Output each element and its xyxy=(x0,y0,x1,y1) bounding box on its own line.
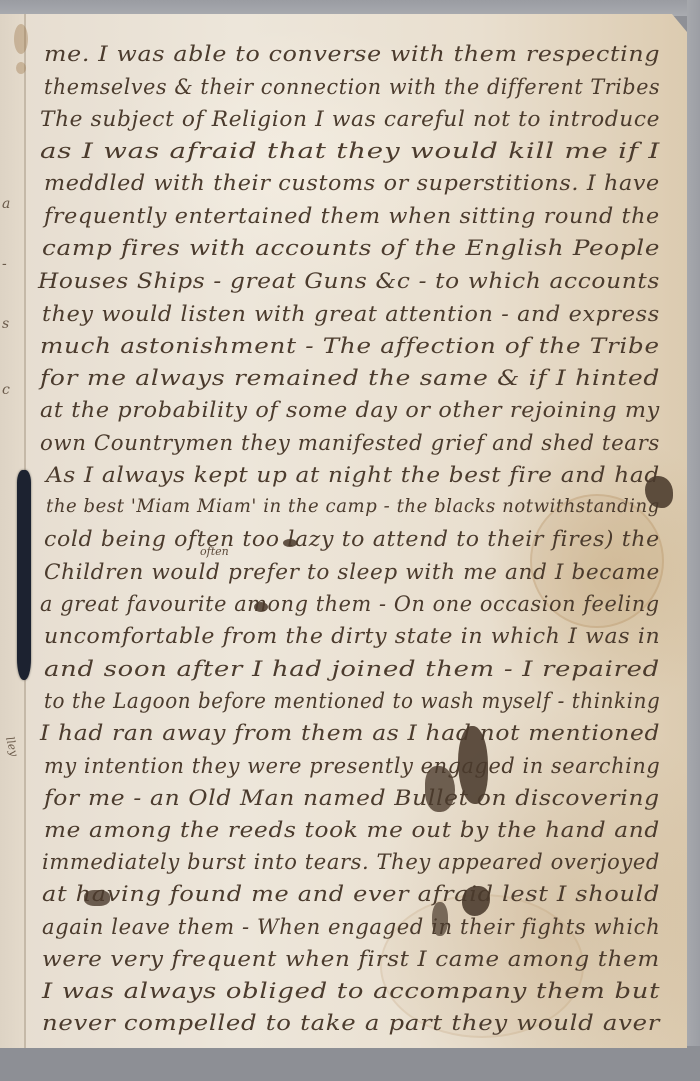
text-line: at the probability of some day or other … xyxy=(40,398,660,422)
text-line: never compelled to take a part they woul… xyxy=(42,1011,660,1035)
text-line: I had ran away from them as I had not me… xyxy=(40,721,660,745)
text-line: as I was afraid that they would kill me … xyxy=(40,139,660,163)
ink-blot xyxy=(425,766,455,812)
text-line: my intention they were presently engaged… xyxy=(44,754,660,778)
text-line: me. I was able to converse with them res… xyxy=(44,42,660,66)
text-line: Houses Ships - great Guns &c - to which … xyxy=(38,269,660,293)
text-line: Children would prefer to sleep with me a… xyxy=(44,560,660,584)
ink-blot xyxy=(283,539,297,547)
scanner-backdrop-right xyxy=(687,0,700,1081)
text-line: uncomfortable from the dirty state in wh… xyxy=(44,624,660,648)
ink-blot xyxy=(432,902,448,936)
ink-blot xyxy=(458,726,488,804)
interlinear-insertion: often xyxy=(200,545,229,558)
text-line: meddled with their customs or superstiti… xyxy=(44,171,660,195)
text-line: The subject of Religion I was careful no… xyxy=(40,107,660,131)
text-line: As I always kept up at night the best fi… xyxy=(46,463,660,487)
ink-blot xyxy=(645,476,673,508)
text-line: for me always remained the same & if I h… xyxy=(40,366,660,390)
text-line: immediately burst into tears. They appea… xyxy=(42,850,660,874)
ink-blot xyxy=(254,602,268,612)
text-line: again leave them - When engaged in their… xyxy=(42,915,660,939)
scanner-backdrop-top xyxy=(0,0,700,16)
text-line: they would listen with great attention -… xyxy=(42,302,660,326)
text-line: themselves & their connection with the d… xyxy=(44,75,660,99)
text-line: camp fires with accounts of the English … xyxy=(42,236,660,260)
text-line: cold being often too lazy to attend to t… xyxy=(44,527,660,551)
scanner-backdrop-bottom xyxy=(0,1046,700,1081)
text-line: I was always obliged to accompany them b… xyxy=(42,979,660,1003)
text-line: frequently entertained them when sitting… xyxy=(44,204,660,228)
text-line: for me - an Old Man named Bullet on disc… xyxy=(44,786,660,810)
manuscript-page: a - s c lley me. I was able to converse … xyxy=(0,14,687,1048)
text-line: the best 'Miam Miam' in the camp - the b… xyxy=(46,495,660,517)
text-line: and soon after I had joined them - I rep… xyxy=(44,657,660,681)
text-line: were very frequent when first I came amo… xyxy=(42,947,660,971)
text-line: at having found me and ever afraid lest … xyxy=(42,882,660,906)
text-line: to the Lagoon before mentioned to wash m… xyxy=(44,689,660,713)
text-line: a great favourite among them - On one oc… xyxy=(40,592,660,616)
text-line: own Countrymen they manifested grief and… xyxy=(40,431,660,455)
text-line: me among the reeds took me out by the ha… xyxy=(44,818,660,842)
ink-blot xyxy=(84,890,110,906)
text-line: much astonishment - The affection of the… xyxy=(40,334,660,358)
